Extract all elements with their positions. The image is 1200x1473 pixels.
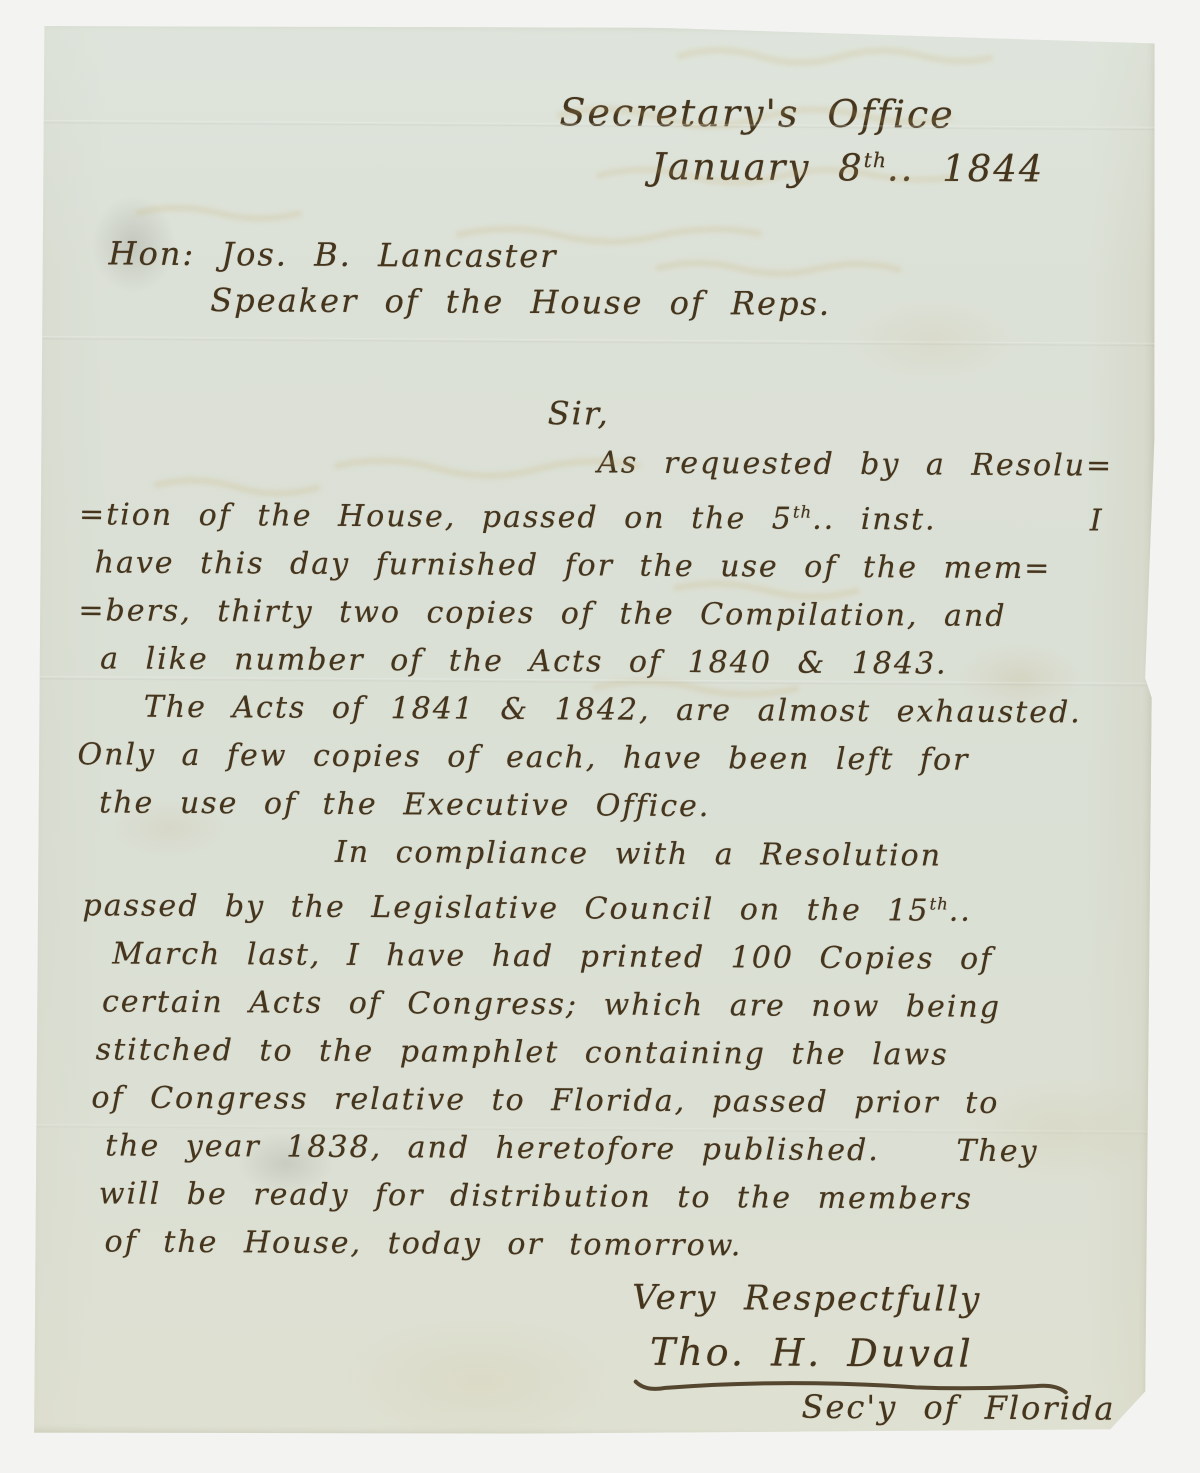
signature: Tho. H. Duval (650, 1330, 974, 1376)
signature-flourish (630, 1372, 1070, 1399)
bleed-through-writing (31, 24, 1158, 1441)
scan-background: Secretary's Office January 8th.. 1844 Ho… (0, 0, 1200, 1473)
letter-page: Secretary's Office January 8th.. 1844 Ho… (31, 24, 1158, 1441)
signature-row: Tho. H. Duval (32, 1320, 1150, 1383)
